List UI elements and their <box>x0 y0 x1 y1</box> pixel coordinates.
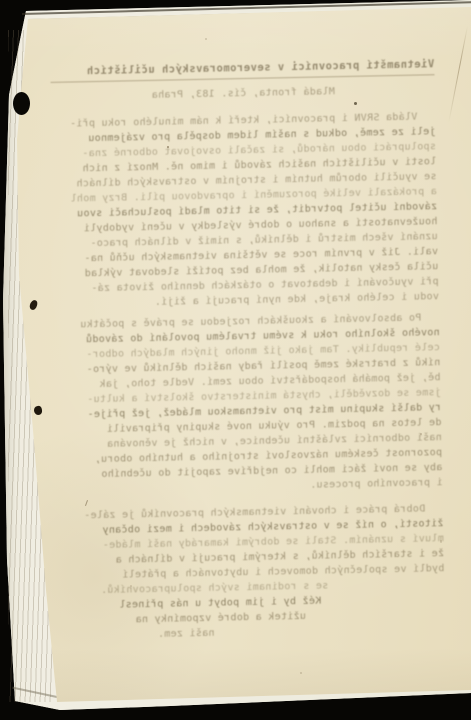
scanned-document: Vietnamští pracovníci v severomoravských… <box>0 0 471 720</box>
paper-speck <box>205 38 207 40</box>
paper-speck <box>167 146 169 148</box>
paper-speck <box>130 585 132 587</box>
paper-speck <box>354 102 357 105</box>
paragraph: Vláda SRVN i pracovníci, kteří k nám min… <box>51 109 439 312</box>
paragraph: Dobrá práce i chování vietnamských praco… <box>59 501 446 644</box>
punch-hole <box>13 92 30 115</box>
paragraph: Po absolvování a zkouškách rozjedou se p… <box>55 310 443 498</box>
paper-speck <box>300 672 302 674</box>
showthrough-text-block: Vietnamští pracovníci v severomoravských… <box>50 58 446 644</box>
mirrored-typewriter-text: Vietnamští pracovníci v severomoravských… <box>50 58 446 644</box>
paragraphs: Vláda SRVN i pracovníci, kteří k nám min… <box>51 109 445 644</box>
document-subheading: Mladá fronta, čís. 183, Praha <box>51 86 335 103</box>
paper-speck <box>440 540 442 543</box>
paper-speck <box>420 433 422 435</box>
